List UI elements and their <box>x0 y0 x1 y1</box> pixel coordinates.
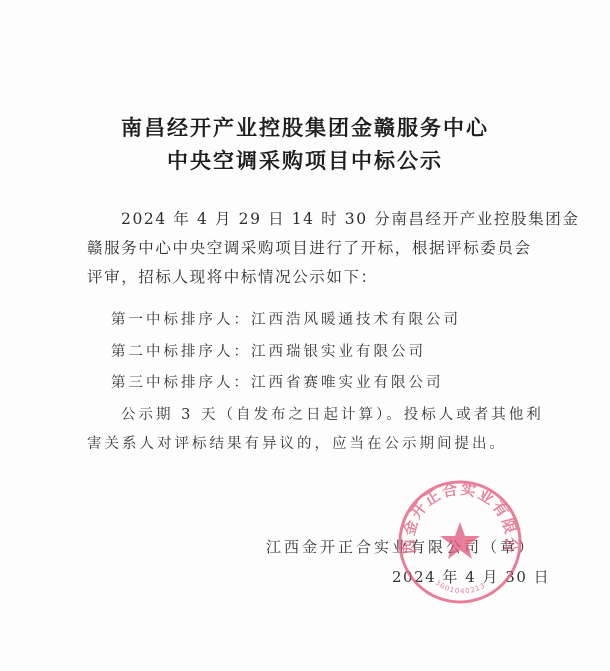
issuer-signature: 江西金开正合实业有限公司（章） <box>266 536 536 557</box>
candidate-1: 第一中标排序人：江西浩风暖通技术有限公司 <box>111 308 461 329</box>
candidate-company: 江西瑞银实业有限公司 <box>251 344 426 360</box>
intro-line-3: 评审，招标人现将中标情况公示如下： <box>87 265 378 287</box>
candidate-rank-label: 第一中标排序人： <box>111 312 251 328</box>
notice-line-2: 害关系人对评标结果有异议的，应当在公示期间提出。 <box>87 432 507 453</box>
title-line-2: 中央空调采购项目中标公示 <box>0 145 610 175</box>
candidate-company: 江西省赛唯实业有限公司 <box>251 375 444 391</box>
intro-line-2: 赣服务中心中央空调采购项目进行了开标，根据评标委员会 <box>87 236 532 258</box>
title-line-1: 南昌经开产业控股集团金赣服务中心 <box>0 112 610 142</box>
intro-line-1: 2024 年 4 月 29 日 14 时 30 分南昌经开产业控股集团金 <box>121 207 579 229</box>
candidate-3: 第三中标排序人：江西省赛唯实业有限公司 <box>111 371 444 392</box>
candidate-rank-label: 第三中标排序人： <box>111 375 251 391</box>
candidate-company: 江西浩风暖通技术有限公司 <box>251 312 461 328</box>
candidate-2: 第二中标排序人：江西瑞银实业有限公司 <box>111 340 426 361</box>
issue-date: 2024 年 4 月 30 日 <box>392 566 550 587</box>
candidate-rank-label: 第二中标排序人： <box>111 344 251 360</box>
notice-line-1: 公示期 3 天（自发布之日起计算）。投标人或者其他利 <box>121 403 544 424</box>
